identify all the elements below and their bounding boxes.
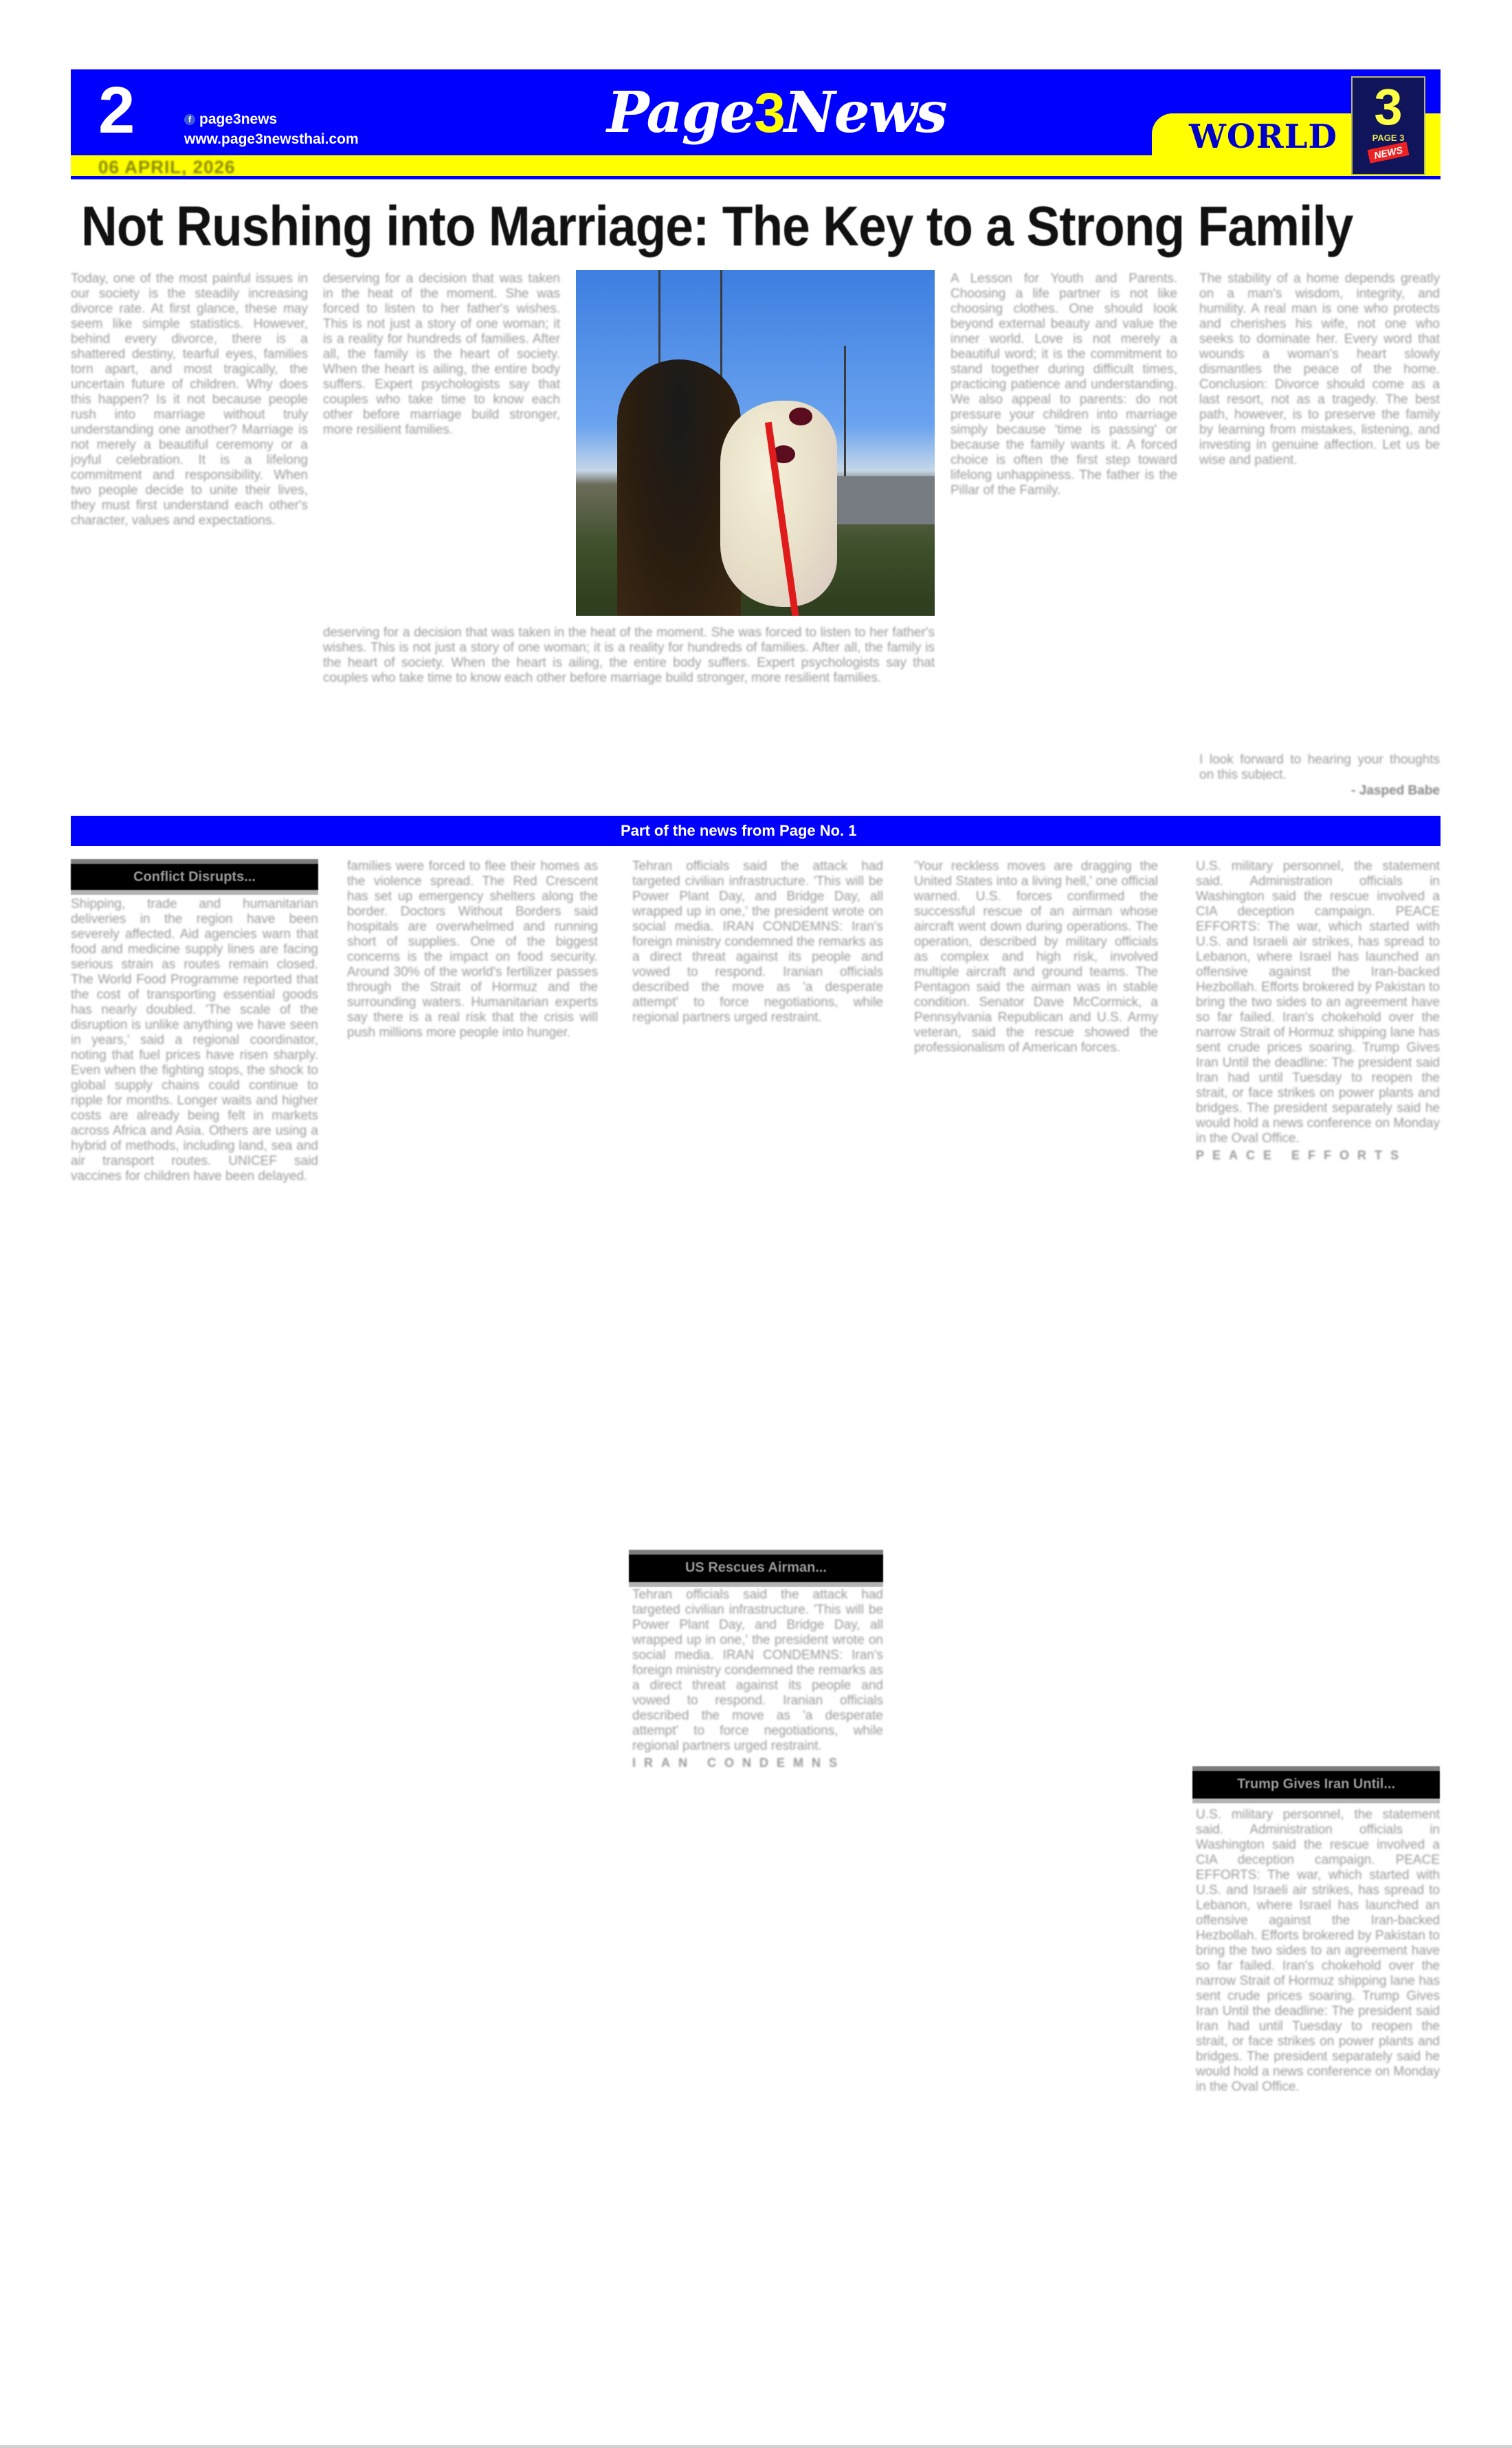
facebook-handle: page3news [199, 111, 277, 127]
section-head-iran: IRAN CONDEMNS [632, 1755, 883, 1770]
section-head-peace: PEACE EFFORTS [1196, 1148, 1440, 1163]
masthead: 2 fpage3news www.page3newsthai.com 06 AP… [71, 69, 1441, 179]
band-label: Part of the news from Page No. 1 [621, 822, 857, 840]
article-photo [576, 270, 935, 616]
facebook-link[interactable]: fpage3news [184, 109, 359, 129]
page-bottom-rule [0, 2445, 1512, 2448]
article-closing: I look forward to hearing your thoughts … [1199, 753, 1440, 780]
logo-word-news: News [784, 80, 946, 146]
facebook-icon: f [184, 114, 195, 125]
photo-tree [720, 270, 722, 380]
article-headline: Not Rushing into Marriage: The Key to a … [81, 194, 1289, 259]
subhead-box-col5: Trump Gives Iran Until... [1192, 1766, 1440, 1803]
newspaper-logo: Page3News [607, 80, 946, 146]
badge-news: NEWS [1368, 142, 1410, 164]
continued-column-3a: Tehran officials said the attack had tar… [632, 859, 883, 1539]
continued-column-1: Shipping, trade and humanitarian deliver… [71, 897, 318, 2271]
social-links: fpage3news www.page3newsthai.com [184, 109, 359, 150]
logo-number: 3 [754, 82, 784, 144]
continued-column-3b: Tehran officials said the attack had tar… [632, 1588, 883, 2275]
article-column-4: The stability of a home depends greatly … [1199, 271, 1440, 780]
badge-page: PAGE 3 [1353, 133, 1424, 143]
badge-number: 3 [1353, 82, 1424, 133]
continued-column-5b: U.S. military personnel, the statement s… [1196, 1807, 1440, 2275]
subhead-box-col1: Conflict Disrupts... [71, 859, 318, 895]
continued-from-page1-band: Part of the news from Page No. 1 [71, 816, 1441, 846]
continued-column-5a: U.S. military personnel, the statement s… [1196, 859, 1440, 1773]
continued-column-2: families were forced to flee their homes… [347, 859, 598, 2268]
continued-column-5a-text: U.S. military personnel, the statement s… [1196, 859, 1440, 1146]
article-column-2-continued: deserving for a decision that was taken … [323, 625, 935, 811]
page3-badge-logo: 3 PAGE 3 NEWS [1351, 76, 1425, 175]
website-link[interactable]: www.page3newsthai.com [184, 129, 359, 149]
article-continued-text: deserving for a decision that was taken … [323, 625, 935, 685]
section-label: WORLD [1189, 118, 1337, 156]
subhead-box-col3: US Rescues Airman... [629, 1550, 883, 1587]
page-number: 2 [98, 78, 135, 144]
logo-word-page: Page [607, 80, 754, 146]
continued-column-4: 'Your reckless moves are dragging the Un… [914, 859, 1158, 2275]
photo-rose [789, 408, 812, 425]
masthead-bottom-rule [71, 176, 1441, 179]
article-column-3: A Lesson for Youth and Parents. Choosing… [950, 271, 1177, 808]
article-column-1: Today, one of the most painful issues in… [71, 271, 308, 814]
article-byline: - Jasped Babe [1199, 783, 1440, 800]
issue-date: 06 APRIL, 2026 [98, 157, 235, 178]
continued-column-3b-text: Tehran officials said the attack had tar… [632, 1588, 883, 1754]
